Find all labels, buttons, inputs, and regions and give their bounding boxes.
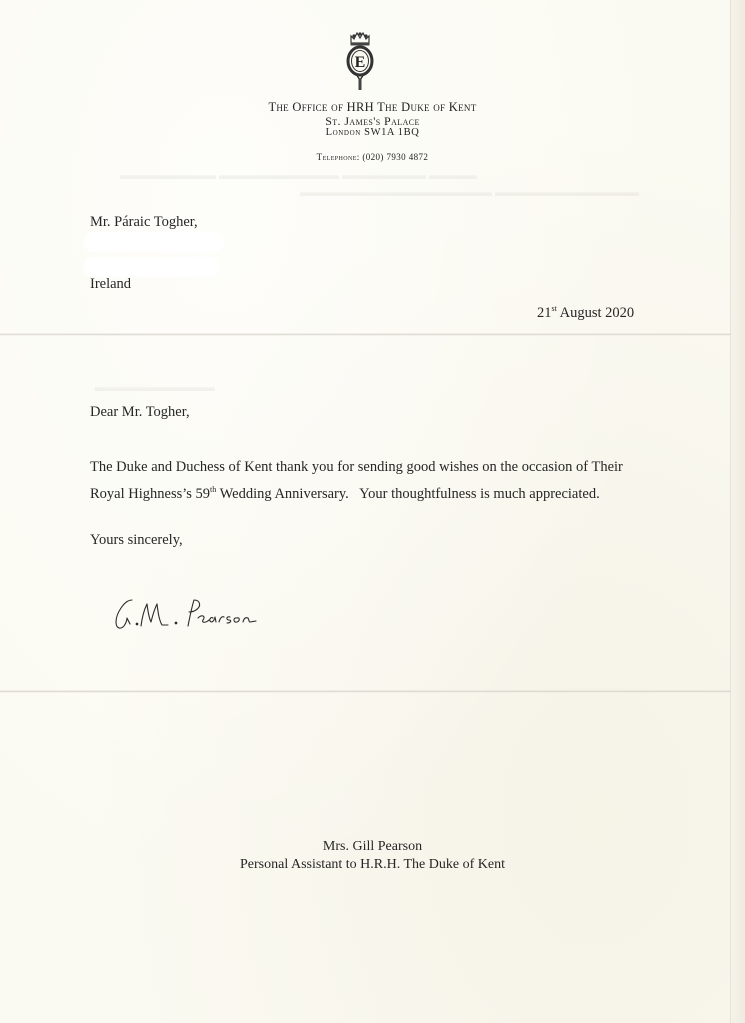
royal-cypher-crest-icon: E bbox=[344, 30, 376, 92]
recipient-country: Ireland bbox=[90, 277, 131, 292]
redacted-address-line bbox=[84, 232, 224, 252]
body-line-2-end: Wedding Anniversary. Your thoughtfulness… bbox=[216, 486, 599, 502]
signatory-title: Personal Assistant to H.R.H. The Duke of… bbox=[0, 857, 745, 873]
letterhead-office: The Office of HRH The Duke of Kent bbox=[0, 100, 745, 115]
show-through-text: ▬▬▬▬▬▬▬▬▬▬▬▬ ▬▬▬▬▬▬▬▬▬▬▬▬▬▬▬▬ bbox=[300, 185, 639, 200]
letterhead-address: London SW1A 1BQ bbox=[0, 127, 745, 138]
signatory-name: Mrs. Gill Pearson bbox=[0, 839, 745, 855]
letterhead-telephone: Telephone: (020) 7930 4872 bbox=[0, 152, 745, 162]
show-through-text: ▬▬▬▬▬▬▬▬▬▬ bbox=[95, 380, 215, 395]
fold-line bbox=[0, 690, 731, 693]
fold-line bbox=[0, 333, 731, 336]
salutation: Dear Mr. Togher, bbox=[90, 405, 190, 420]
closing: Yours sincerely, bbox=[90, 533, 183, 548]
handwritten-signature bbox=[110, 592, 280, 637]
svg-text:E: E bbox=[355, 54, 366, 71]
redacted-address-line bbox=[84, 257, 219, 277]
show-through-text: ▬▬▬▬ ▬▬▬▬▬▬▬ ▬▬▬▬▬▬▬▬▬▬ ▬▬▬▬▬▬▬▬ bbox=[120, 168, 477, 183]
body-line-2-start: Royal Highness’s 59 bbox=[90, 486, 210, 502]
date-day: 21 bbox=[537, 305, 552, 321]
letter-date: 21st August 2020 bbox=[537, 305, 634, 321]
recipient-name: Mr. Páraic Togher, bbox=[90, 215, 198, 230]
date-month-year: August 2020 bbox=[557, 305, 634, 321]
body-line-1: The Duke and Duchess of Kent thank you f… bbox=[90, 460, 623, 475]
body-line-2: Royal Highness’s 59th Wedding Anniversar… bbox=[90, 486, 600, 502]
